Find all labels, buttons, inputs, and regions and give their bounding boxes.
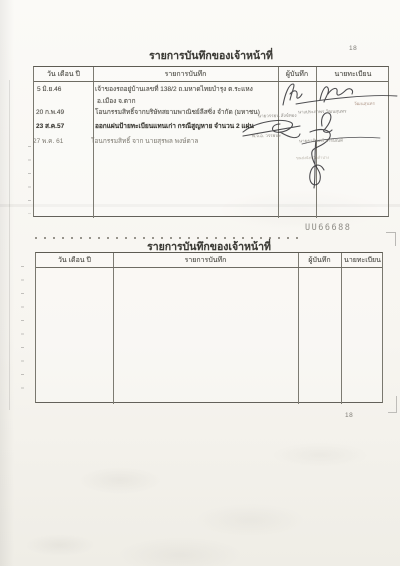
column-header-registrar-2: นายทะเบียน [341,253,384,267]
signature-caption-2: นางประภาพร วัฒนสุนทร [298,108,347,116]
page-number-top: 18 [349,45,357,52]
entry-2-text: โอนกรรมสิทธิ์จากบริษัทสยามพาณิชย์ลีสซิ่ง… [95,107,260,117]
signature-caption-3: พ.จ.อ. วรรธนะ [252,132,281,140]
margin-ticks-table2 [21,266,24,401]
recorder-signature-row1 [283,84,302,105]
column-header-recorder-2: ผู้บันทึก [298,253,341,267]
signature-caption-1: นายวรรธน สังข์ทอง [258,112,297,120]
entry-3-text: ออกแผ่นป้ายทะเบียนแทนเก่า กรณีสูญหาย จำน… [95,121,254,131]
table2-header-rule [36,267,382,268]
column-header-record-2: รายการบันทึก [113,253,298,267]
column-header-date: วัน เดือน ปี [34,67,93,81]
table2-divider-3 [341,253,342,404]
table2-divider-1 [113,253,114,404]
paper-edge-shadow [0,0,14,566]
second-record-table: วัน เดือน ปี รายการบันทึก ผู้บันทึก นายท… [35,252,383,403]
registrar-signature-swoosh [296,96,397,104]
entry-4-date: 27 พ.ค. 61 [33,136,63,146]
entry-3-date: 23 ส.ค.57 [36,121,64,131]
table1-title: รายการบันทึกของเจ้าหน้าที่ [120,47,302,64]
table2-divider-2 [298,253,299,404]
form-serial-number: UU66688 [305,223,351,233]
entry-1-text-line2: อ.เมือง จ.ตาก [97,96,136,106]
entry-2-date: 20 ก.พ.49 [36,107,64,117]
crop-mark-bottom-right [388,396,397,413]
entry-1-date: 5 มิ.ย.46 [37,84,61,94]
crop-mark-top-right [386,232,396,246]
signature-caption-5: วัฒนสุนทร [354,100,375,107]
entry-1-text: เจ้าของรถอยู่บ้านเลขที่ 138/2 ถ.มหาดไทยบ… [95,84,253,94]
column-header-date-2: วัน เดือน ปี [36,253,113,267]
scanned-document-page: { "page": { "top_page_number": "18", "bo… [0,0,400,566]
page-number-bottom: 18 [345,412,353,419]
margin-ticks-table1 [28,146,31,214]
entry-4-text: โอนกรรมสิทธิ์ จาก นายสุรพล พงษ์ตาล [91,136,198,146]
scan-fold-line [9,80,10,410]
signature-caption-6: ขนส่งจังหวัดลำปาง [296,154,329,162]
signature-caption-4: นายธานินทร์ อารมณ์ดี [299,137,343,145]
